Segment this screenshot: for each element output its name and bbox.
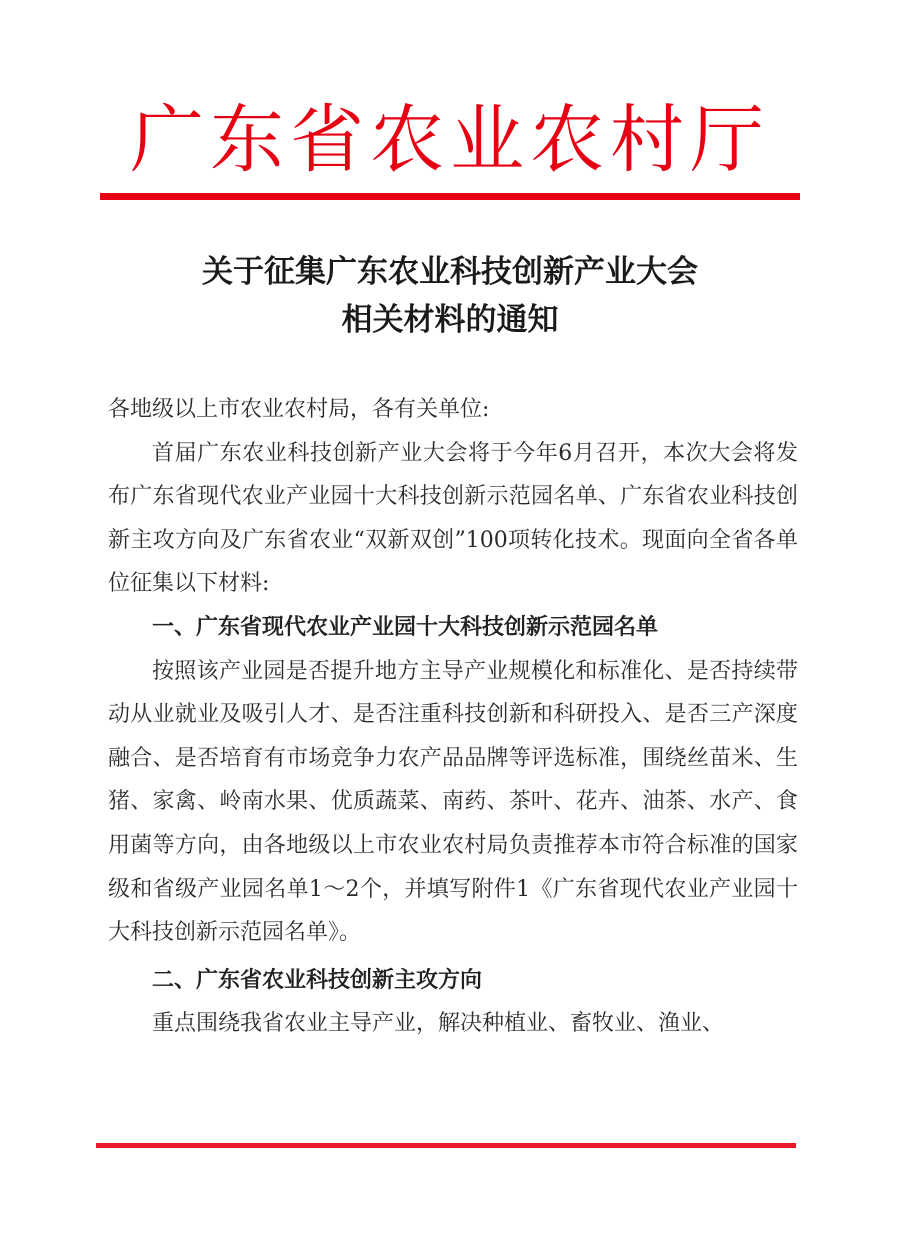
letterhead-org-name: 广东省农业农村厅 [100, 95, 800, 185]
title-line-2: 相关材料的通知 [100, 296, 800, 344]
salutation: 各地级以上市农业农村局，各有关单位: [108, 388, 798, 432]
footer-red-rule [96, 1143, 796, 1148]
section-2-paragraph: 重点围绕我省农业主导产业，解决种植业、畜牧业、渔业、 [108, 1002, 798, 1046]
document-body: 各地级以上市农业农村局，各有关单位: 首届广东农业科技创新产业大会将于今年6月召… [108, 388, 798, 1046]
document-title: 关于征集广东农业科技创新产业大会 相关材料的通知 [100, 248, 800, 344]
section-2-heading: 二、广东省农业科技创新主攻方向 [108, 959, 798, 1003]
letterhead-red-rule [100, 193, 800, 200]
title-line-1: 关于征集广东农业科技创新产业大会 [100, 248, 800, 296]
section-1-paragraph: 按照该产业园是否提升地方主导产业规模化和标准化、是否持续带动从业就业及吸引人才、… [108, 650, 798, 955]
intro-paragraph: 首届广东农业科技创新产业大会将于今年6月召开，本次大会将发布广东省现代农业产业园… [108, 432, 798, 606]
section-1-heading: 一、广东省现代农业产业园十大科技创新示范园名单 [108, 606, 798, 650]
